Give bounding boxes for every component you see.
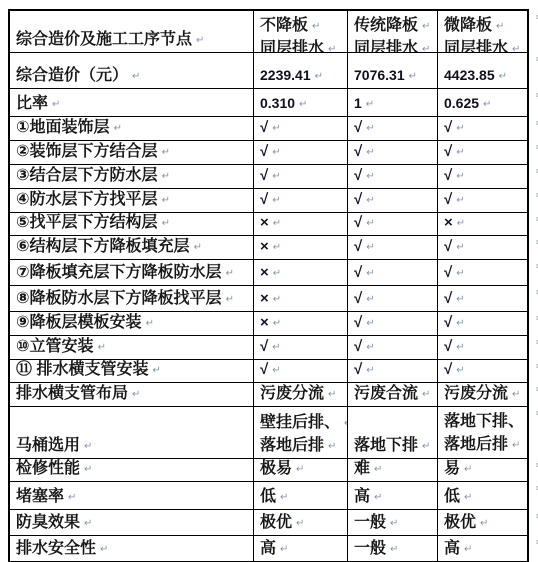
cell-line: 高↵: [354, 483, 435, 506]
table-row: ⑩立管安装↵√↵√↵√↵¤: [10, 335, 527, 359]
paragraph-mark-icon: ↵: [296, 464, 304, 475]
cell-line: √↵: [354, 167, 435, 185]
cell-text: 检修性能: [16, 460, 80, 477]
paragraph-mark-icon: ↵: [272, 195, 280, 206]
paragraph-mark-icon: ↵: [456, 294, 464, 305]
value-cell: 污废分流↵: [437, 383, 527, 406]
paragraph-mark-icon: ↵: [464, 544, 472, 555]
cell-text: ×: [260, 314, 269, 331]
paragraph-mark-icon: ↵: [512, 440, 520, 451]
value-cell: 极优↵: [253, 510, 347, 535]
cell-text: 不降板: [260, 17, 308, 34]
paragraph-mark-icon: ↵: [422, 441, 430, 452]
cell-line: 落地后排↵: [260, 432, 345, 455]
cell-text: ⑨降板层模板安装: [16, 314, 142, 331]
value-cell: √↵: [437, 360, 527, 382]
value-cell: √↵: [347, 189, 437, 212]
value-cell: √↵: [437, 165, 527, 188]
value-cell: ×↵: [253, 286, 347, 311]
value-cell: 污废分流↵: [253, 383, 347, 406]
table-row: ⑦降板填充层下方降板防水层↵×↵√↵√↵¤: [10, 259, 527, 285]
row-label-cell: ⑦降板填充层下方降板防水层↵: [10, 260, 253, 285]
paragraph-mark-icon: ↵: [328, 44, 336, 52]
row-label-cell: ⑥结构层下方降板填充层↵: [10, 236, 253, 259]
cell-line: ④防水层下方找平层↵: [16, 189, 251, 209]
value-cell: √↵: [253, 336, 347, 359]
cell-text: √: [354, 361, 362, 378]
value-cell: ×↵: [437, 213, 527, 235]
paragraph-mark-icon: ↵: [100, 544, 108, 555]
paragraph-mark-icon: ↵: [499, 71, 507, 82]
value-cell: √↵: [437, 189, 527, 212]
paragraph-mark-icon: ↵: [196, 35, 204, 46]
cell-text: √: [260, 191, 268, 208]
value-cell: 一般↵: [347, 510, 437, 535]
cell-line: 防臭效果↵: [16, 510, 251, 532]
cell-text: 0.310: [260, 95, 295, 111]
value-cell: √↵: [437, 336, 527, 359]
cell-line: √↵: [354, 191, 435, 209]
cell-text: ②装饰层下方结合层: [16, 143, 158, 160]
paragraph-mark-icon: ↵: [162, 218, 170, 229]
value-cell: 落地下排、↵落地后排↵: [437, 407, 527, 458]
paragraph-mark-icon: ↵: [422, 389, 430, 400]
cell-line: 比率↵: [16, 90, 251, 113]
cell-text: 7076.31: [354, 67, 405, 83]
cell-text: 堵塞率: [16, 488, 64, 505]
paragraph-mark-icon: ↵: [512, 44, 520, 52]
paragraph-mark-icon: ↵: [132, 71, 140, 82]
cell-text: ⑩立管安装: [16, 338, 94, 355]
cell-text: 同层排水: [260, 40, 324, 52]
cell-line: ⑩立管安装↵: [16, 336, 251, 356]
cell-line: √↵: [444, 338, 525, 356]
cell-line: 排水横支管布局↵: [16, 383, 251, 403]
cell-line: 传统降板↵: [354, 12, 435, 35]
paragraph-mark-icon: ↵: [146, 318, 154, 329]
value-cell: 低↵: [253, 482, 347, 509]
table-row: 排水横支管布局↵污废分流↵污废合流↵污废分流↵¤: [10, 382, 527, 406]
paragraph-mark-icon: ↵: [273, 218, 281, 229]
paragraph-mark-icon: ↵: [456, 342, 464, 353]
value-cell: 0.310↵: [253, 89, 347, 116]
cell-line: ⑨降板层模板安装↵: [16, 312, 251, 332]
value-cell: √↵: [347, 213, 437, 235]
cell-line: ×↵: [260, 314, 345, 332]
cell-text: 传统降板: [354, 17, 418, 34]
cell-text: √: [260, 361, 268, 378]
value-cell: ×↵: [253, 260, 347, 285]
cell-text: √: [354, 167, 362, 184]
cell-line: ⑥结构层下方降板填充层↵: [16, 236, 251, 256]
cell-text: √: [354, 238, 362, 255]
cell-text: 易: [444, 460, 460, 477]
cell-text: √: [444, 314, 452, 331]
cell-text: √: [444, 338, 452, 355]
cell-text: ④防水层下方找平层: [16, 191, 158, 208]
table-row: 排水安全性↵高↵一般↵高↵¤: [10, 535, 527, 561]
table-row: ⑥结构层下方降板填充层↵×↵√↵√↵¤: [10, 235, 527, 259]
cell-line: √↵: [260, 143, 345, 161]
cell-line: 一般↵: [354, 510, 435, 532]
row-label-cell: ①地面装饰层↵: [10, 117, 253, 140]
paragraph-mark-icon: ↵: [366, 171, 374, 182]
cell-line: √↵: [444, 361, 525, 379]
cell-text: 综合造价及施工工序节点: [16, 31, 192, 48]
cell-text: 低: [260, 488, 276, 505]
value-cell: 一般↵: [347, 536, 437, 561]
paragraph-mark-icon: ↵: [272, 342, 280, 353]
cell-text: ①地面装饰层: [16, 119, 110, 136]
value-cell: 极易↵: [253, 459, 347, 481]
cell-line: √↵: [354, 238, 435, 256]
cell-line: √↵: [260, 361, 345, 379]
cell-text: √: [260, 119, 268, 136]
paragraph-mark-icon: ↵: [366, 242, 374, 253]
cell-text: 污废分流: [444, 385, 508, 402]
paragraph-mark-icon: ↵: [464, 464, 472, 475]
table-row: ⑧降板防水层下方降板找平层↵×↵√↵√↵¤: [10, 285, 527, 311]
column-header-cell-3: 微降板↵同层排水↵: [437, 11, 527, 52]
paragraph-mark-icon: ↵: [366, 147, 374, 158]
cell-line: ×↵: [260, 264, 345, 282]
table-row: ④防水层下方找平层↵√↵√↵√↵¤: [10, 188, 527, 212]
paragraph-mark-icon: ↵: [366, 342, 374, 353]
paragraph-mark-icon: ↵: [162, 147, 170, 158]
cell-line: ⑧降板防水层下方降板找平层↵: [16, 286, 251, 308]
paragraph-mark-icon: ↵: [390, 518, 398, 529]
cell-text: √: [444, 238, 452, 255]
paragraph-mark-icon: ↵: [52, 99, 60, 110]
paragraph-mark-icon: ↵: [374, 492, 382, 503]
paragraph-mark-icon: ↵: [456, 318, 464, 329]
paragraph-mark-icon: ↵: [299, 99, 307, 110]
cell-line: 同层排水↵: [260, 35, 345, 52]
cell-line: 落地下排、↵: [444, 408, 525, 431]
row-label-cell: 堵塞率↵: [10, 482, 253, 509]
paragraph-mark-icon: ↵: [273, 318, 281, 329]
table-row: ①地面装饰层↵√↵√↵√↵¤: [10, 116, 527, 140]
row-label-cell: 检修性能↵: [10, 459, 253, 481]
paragraph-mark-icon: ↵: [366, 123, 374, 134]
cost-comparison-table: 综合造价及施工工序节点↵不降板↵同层排水↵传统降板↵同层排水↵微降板↵同层排水↵…: [8, 9, 529, 562]
cell-line: 4423.85↵: [444, 67, 525, 85]
paragraph-mark-icon: ↵: [273, 268, 281, 279]
paragraph-mark-icon: ↵: [272, 365, 280, 376]
cell-text: 壁挂后排、: [260, 414, 340, 431]
cell-text: ③结合层下方防水层: [16, 167, 158, 184]
paragraph-mark-icon: ↵: [226, 294, 234, 305]
cell-text: √: [354, 214, 362, 231]
cell-text: 同层排水: [444, 40, 508, 52]
cell-line: √↵: [444, 167, 525, 185]
value-cell: 7076.31↵: [347, 53, 437, 88]
paragraph-mark-icon: ↵: [366, 268, 374, 279]
paragraph-mark-icon: ↵: [483, 99, 491, 110]
cell-text: 极易: [260, 460, 292, 477]
cell-text: √: [354, 314, 362, 331]
paragraph-mark-icon: ↵: [272, 147, 280, 158]
cell-line: ①地面装饰层↵: [16, 117, 251, 137]
table-row: ⑨降板层模板安装↵×↵√↵√↵¤: [10, 311, 527, 335]
cell-line: 污废分流↵: [260, 383, 345, 403]
cell-line: 综合造价（元）↵: [16, 62, 251, 85]
value-cell: √↵: [437, 117, 527, 140]
cell-line: ③结合层下方防水层↵: [16, 165, 251, 185]
cell-text: √: [444, 361, 452, 378]
cell-text: 比率: [16, 95, 48, 112]
paragraph-mark-icon: ↵: [366, 218, 374, 229]
value-cell: 高↵: [347, 482, 437, 509]
paragraph-mark-icon: ↵: [480, 518, 488, 529]
cell-text: ×: [260, 238, 269, 255]
cell-text: √: [444, 290, 452, 307]
paragraph-mark-icon: ↵: [68, 492, 76, 503]
cell-line: √↵: [444, 290, 525, 308]
cell-line: √↵: [354, 214, 435, 232]
cell-text: 极优: [260, 514, 292, 531]
cell-line: √↵: [260, 191, 345, 209]
row-label-cell: 综合造价（元）↵: [10, 53, 253, 88]
paragraph-mark-icon: ↵: [366, 318, 374, 329]
value-cell: 易↵: [437, 459, 527, 481]
cell-line: 2239.41↵: [260, 67, 345, 85]
cell-line: 堵塞率↵: [16, 483, 251, 506]
cell-line: ②装饰层下方结合层↵: [16, 141, 251, 161]
cell-line: √↵: [354, 264, 435, 282]
value-cell: √↵: [347, 312, 437, 335]
row-label-cell: ⑧降板防水层下方降板找平层↵: [10, 286, 253, 311]
table-row: 检修性能↵极易↵难↵易↵¤: [10, 458, 527, 481]
cell-text: 污废合流: [354, 385, 418, 402]
row-label-cell: ④防水层下方找平层↵: [10, 189, 253, 212]
table-row: 综合造价（元）↵2239.41↵7076.31↵4423.85↵¤: [10, 52, 527, 88]
cell-text: ×: [444, 214, 453, 231]
cell-line: √↵: [354, 314, 435, 332]
table-row: ⑪ 排水横支管安装↵√↵√↵√↵¤: [10, 359, 527, 382]
paragraph-mark-icon: ↵: [98, 342, 106, 353]
cell-text: 排水横支管布局: [16, 385, 128, 402]
paragraph-mark-icon: ↵: [162, 195, 170, 206]
value-cell: √↵: [437, 141, 527, 164]
paragraph-mark-icon: ↵: [457, 218, 465, 229]
corner-header-cell: 综合造价及施工工序节点↵: [10, 11, 253, 52]
value-cell: √↵: [437, 286, 527, 311]
value-cell: ×↵: [253, 213, 347, 235]
cell-line: 微降板↵: [444, 12, 525, 35]
table-row: 比率↵0.310↵1↵0.625↵¤: [10, 88, 527, 116]
cell-line: √↵: [354, 338, 435, 356]
paragraph-mark-icon: ↵: [273, 294, 281, 305]
row-label-cell: ⑪ 排水横支管安装↵: [10, 360, 253, 382]
paragraph-mark-icon: ↵: [328, 389, 336, 400]
cell-text: 高: [354, 488, 370, 505]
cell-text: 一般: [354, 514, 386, 531]
cell-text: 高: [260, 540, 276, 557]
value-cell: √↵: [347, 236, 437, 259]
paragraph-mark-icon: ↵: [296, 518, 304, 529]
cell-text: 4423.85: [444, 67, 495, 83]
table-header-row: 综合造价及施工工序节点↵不降板↵同层排水↵传统降板↵同层排水↵微降板↵同层排水↵…: [10, 11, 527, 52]
paragraph-mark-icon: ↵: [409, 71, 417, 82]
cell-text: √: [354, 290, 362, 307]
cell-text: 落地后排: [444, 436, 508, 453]
cell-line: 不降板↵: [260, 12, 345, 35]
cell-text: √: [354, 191, 362, 208]
column-header-cell-2: 传统降板↵同层排水↵: [347, 11, 437, 52]
cell-text: √: [354, 143, 362, 160]
cell-text: 排水安全性: [16, 540, 96, 557]
cell-line: ⑤找平层下方结构层↵: [16, 213, 251, 232]
value-cell: √↵: [253, 360, 347, 382]
cell-line: √↵: [444, 314, 525, 332]
paragraph-mark-icon: ↵: [456, 123, 464, 134]
cell-line: 检修性能↵: [16, 459, 251, 478]
value-cell: 高↵: [253, 536, 347, 561]
cell-text: 同层排水: [354, 40, 418, 52]
value-cell: √↵: [347, 286, 437, 311]
paragraph-mark-icon: ↵: [464, 492, 472, 503]
cell-text: 0.625: [444, 95, 479, 111]
cell-line: √↵: [354, 143, 435, 161]
cell-line: √↵: [354, 119, 435, 137]
paragraph-mark-icon: ↵: [422, 44, 430, 52]
paragraph-mark-icon: ↵: [456, 365, 464, 376]
cell-line: 一般↵: [354, 536, 435, 558]
cell-line: 同层排水↵: [354, 35, 435, 52]
cell-line: 7076.31↵: [354, 67, 435, 85]
column-header-cell-1: 不降板↵同层排水↵: [253, 11, 347, 52]
cell-text: ⑪ 排水横支管安装: [16, 361, 148, 378]
value-cell: 1↵: [347, 89, 437, 116]
cell-line: √↵: [444, 143, 525, 161]
cell-text: 微降板: [444, 17, 492, 34]
paragraph-mark-icon: ↵: [84, 464, 92, 475]
value-cell: 壁挂后排、↵落地后排↵: [253, 407, 347, 458]
cell-line: ×↵: [260, 214, 345, 232]
paragraph-mark-icon: ↵: [366, 99, 374, 110]
table-row: ③结合层下方防水层↵√↵√↵√↵¤: [10, 164, 527, 188]
cell-line: 排水安全性↵: [16, 536, 251, 558]
paragraph-mark-icon: ↵: [280, 492, 288, 503]
cell-line: √↵: [354, 361, 435, 379]
row-label-cell: 比率↵: [10, 89, 253, 116]
value-cell: 高↵: [437, 536, 527, 561]
cell-line: 高↵: [444, 536, 525, 558]
cell-text: √: [260, 167, 268, 184]
cell-text: 1: [354, 95, 362, 111]
cell-line: 污废分流↵: [444, 383, 525, 403]
cell-text: √: [444, 119, 452, 136]
paragraph-mark-icon: ↵: [422, 21, 430, 32]
cell-text: 综合造价（元）: [16, 67, 128, 84]
cell-text: √: [444, 264, 452, 281]
paragraph-mark-icon: ↵: [272, 171, 280, 182]
value-cell: 0.625↵: [437, 89, 527, 116]
table-row: ⑤找平层下方结构层↵×↵√↵×↵¤: [10, 212, 527, 235]
paragraph-mark-icon: ↵: [456, 195, 464, 206]
row-label-cell: ③结合层下方防水层↵: [10, 165, 253, 188]
paragraph-mark-icon: ↵: [194, 242, 202, 253]
value-cell: ×↵: [253, 312, 347, 335]
cell-line: √↵: [444, 191, 525, 209]
value-cell: 落地下排↵: [347, 407, 437, 458]
cell-text: √: [354, 264, 362, 281]
table-row: ②装饰层下方结合层↵√↵√↵√↵¤: [10, 140, 527, 164]
table-row: 堵塞率↵低↵高↵低↵¤: [10, 481, 527, 509]
cell-line: √↵: [444, 119, 525, 137]
cell-line: ⑪ 排水横支管安装↵: [16, 360, 251, 379]
value-cell: √↵: [253, 165, 347, 188]
value-cell: √↵: [437, 236, 527, 259]
cell-text: 2239.41: [260, 67, 311, 83]
cell-line: ×↵: [260, 290, 345, 308]
cell-line: √↵: [260, 338, 345, 356]
value-cell: 4423.85↵: [437, 53, 527, 88]
cell-text: √: [354, 119, 362, 136]
cell-line: ⑦降板填充层下方降板防水层↵: [16, 260, 251, 282]
cell-line: 0.625↵: [444, 95, 525, 113]
row-label-cell: 防臭效果↵: [10, 510, 253, 535]
paragraph-mark-icon: ↵: [456, 268, 464, 279]
cell-text: ⑥结构层下方降板填充层: [16, 238, 190, 255]
cell-line: √↵: [444, 264, 525, 282]
cell-text: √: [354, 338, 362, 355]
cell-line: 高↵: [260, 536, 345, 558]
cell-text: ×: [260, 214, 269, 231]
cell-line: 落地后排↵: [444, 431, 525, 454]
row-label-cell: ⑤找平层下方结构层↵: [10, 213, 253, 235]
cell-text: √: [260, 143, 268, 160]
cell-text: 落地下排、: [444, 413, 524, 430]
cell-text: 防臭效果: [16, 514, 80, 531]
cell-line: 极优↵: [260, 510, 345, 532]
value-cell: √↵: [253, 189, 347, 212]
cell-line: 难↵: [354, 459, 435, 478]
cell-text: √: [444, 167, 452, 184]
cell-line: 低↵: [444, 483, 525, 506]
cell-line: 低↵: [260, 483, 345, 506]
paragraph-mark-icon: ↵: [315, 71, 323, 82]
row-label-cell: 马桶选用↵: [10, 407, 253, 458]
value-cell: √↵: [437, 312, 527, 335]
cell-line: 1↵: [354, 95, 435, 113]
paragraph-mark-icon: ↵: [114, 123, 122, 134]
value-cell: √↵: [347, 336, 437, 359]
paragraph-mark-icon: ↵: [280, 544, 288, 555]
cell-line: 综合造价及施工工序节点↵: [16, 26, 251, 49]
value-cell: 污废合流↵: [347, 383, 437, 406]
cell-line: ×↵: [444, 214, 525, 232]
cell-line: 极优↵: [444, 510, 525, 532]
paragraph-mark-icon: ↵: [152, 365, 160, 376]
cell-text: √: [260, 338, 268, 355]
cell-line: √↵: [354, 290, 435, 308]
value-cell: √↵: [347, 117, 437, 140]
paragraph-mark-icon: ↵: [132, 389, 140, 400]
value-cell: √↵: [437, 260, 527, 285]
paragraph-mark-icon: ↵: [328, 441, 336, 452]
paragraph-mark-icon: ↵: [512, 389, 520, 400]
table-row: 防臭效果↵极优↵一般↵极优↵¤: [10, 509, 527, 535]
cell-text: 马桶选用: [16, 437, 80, 454]
value-cell: ×↵: [253, 236, 347, 259]
cell-line: 0.310↵: [260, 95, 345, 113]
table-row: 马桶选用↵壁挂后排、↵落地后排↵落地下排↵落地下排、↵落地后排↵¤: [10, 406, 527, 458]
row-label-cell: ⑨降板层模板安装↵: [10, 312, 253, 335]
cell-line: 极易↵: [260, 459, 345, 478]
paragraph-mark-icon: ↵: [272, 123, 280, 134]
